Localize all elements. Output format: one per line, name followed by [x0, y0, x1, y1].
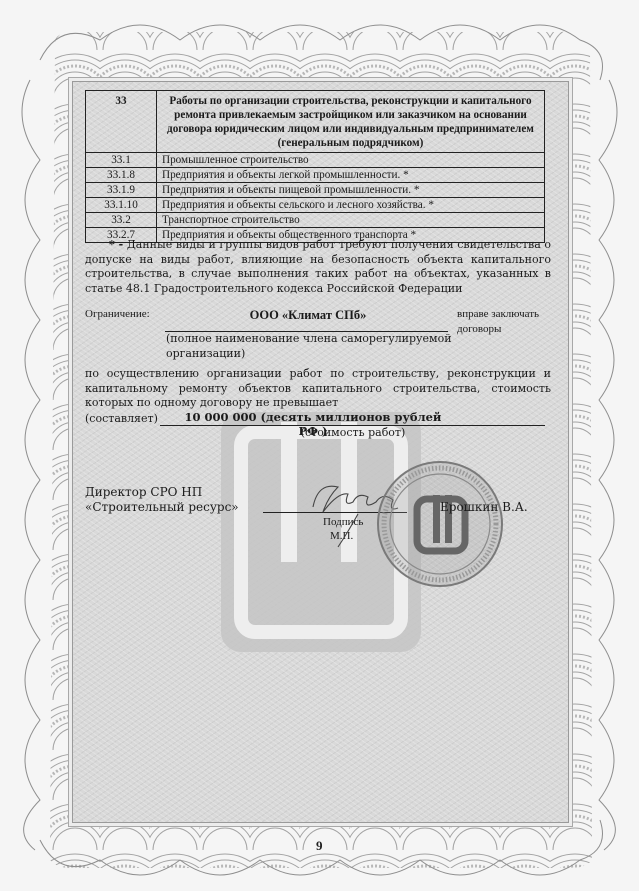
- table-row: 33.1.10 Предприятия и объекты сельского …: [86, 198, 545, 213]
- row-description: Предприятия и объекты сельского и лесног…: [157, 198, 545, 213]
- row-description: Промышленное строительство: [157, 153, 545, 168]
- footnote-text: Данные виды и группы видов работ требуют…: [85, 238, 551, 295]
- director-position-line1: Директор СРО НП: [85, 485, 239, 500]
- certificate-page: 33 Работы по организации строительства, …: [0, 0, 639, 891]
- works-table: 33 Работы по организации строительства, …: [85, 90, 545, 243]
- row-code: 33.1.10: [86, 198, 157, 213]
- row-code: 33.1: [86, 153, 157, 168]
- restriction-label: Ограничение:: [85, 308, 150, 320]
- scope-text: по осуществлению организации работ по ст…: [85, 367, 551, 411]
- organization-caption: (полное наименование члена саморегулируе…: [166, 332, 456, 361]
- footnote-marker: * -: [85, 238, 123, 251]
- page-number: 9: [316, 838, 323, 854]
- contract-right-note: вправе заключать договоры: [457, 307, 552, 337]
- table-row: 33.2 Транспортное строительство: [86, 213, 545, 228]
- row-code: 33.1.8: [86, 168, 157, 183]
- certificate-inner-frame: 33 Работы по организации строительства, …: [72, 81, 569, 823]
- cost-label: (составляет): [85, 412, 158, 425]
- cost-caption: (стоимость работ): [273, 426, 433, 439]
- table-row: 33.1.8 Предприятия и объекты легкой пром…: [86, 168, 545, 183]
- table-row: 33.1.9 Предприятия и объекты пищевой про…: [86, 183, 545, 198]
- official-seal-stamp: [373, 457, 508, 592]
- director-position: Директор СРО НП «Строительный ресурс»: [85, 485, 239, 515]
- director-position-line2: «Строительный ресурс»: [85, 500, 239, 515]
- row-description: Предприятия и объекты легкой промышленно…: [157, 168, 545, 183]
- row-code: 33.2: [86, 213, 157, 228]
- row-description: Предприятия и объекты пищевой промышленн…: [157, 183, 545, 198]
- footnote: * - Данные виды и группы видов работ тре…: [85, 238, 551, 296]
- director-name: Ерошкин В.А.: [440, 500, 528, 514]
- table-row: 33.1 Промышленное строительство: [86, 153, 545, 168]
- row-code: 33.1.9: [86, 183, 157, 198]
- table-header-row: 33 Работы по организации строительства, …: [86, 91, 545, 153]
- organization-name: ООО «Климат СПб»: [173, 308, 443, 323]
- group-description: Работы по организации строительства, рек…: [157, 91, 545, 153]
- group-code: 33: [86, 91, 157, 153]
- row-description: Транспортное строительство: [157, 213, 545, 228]
